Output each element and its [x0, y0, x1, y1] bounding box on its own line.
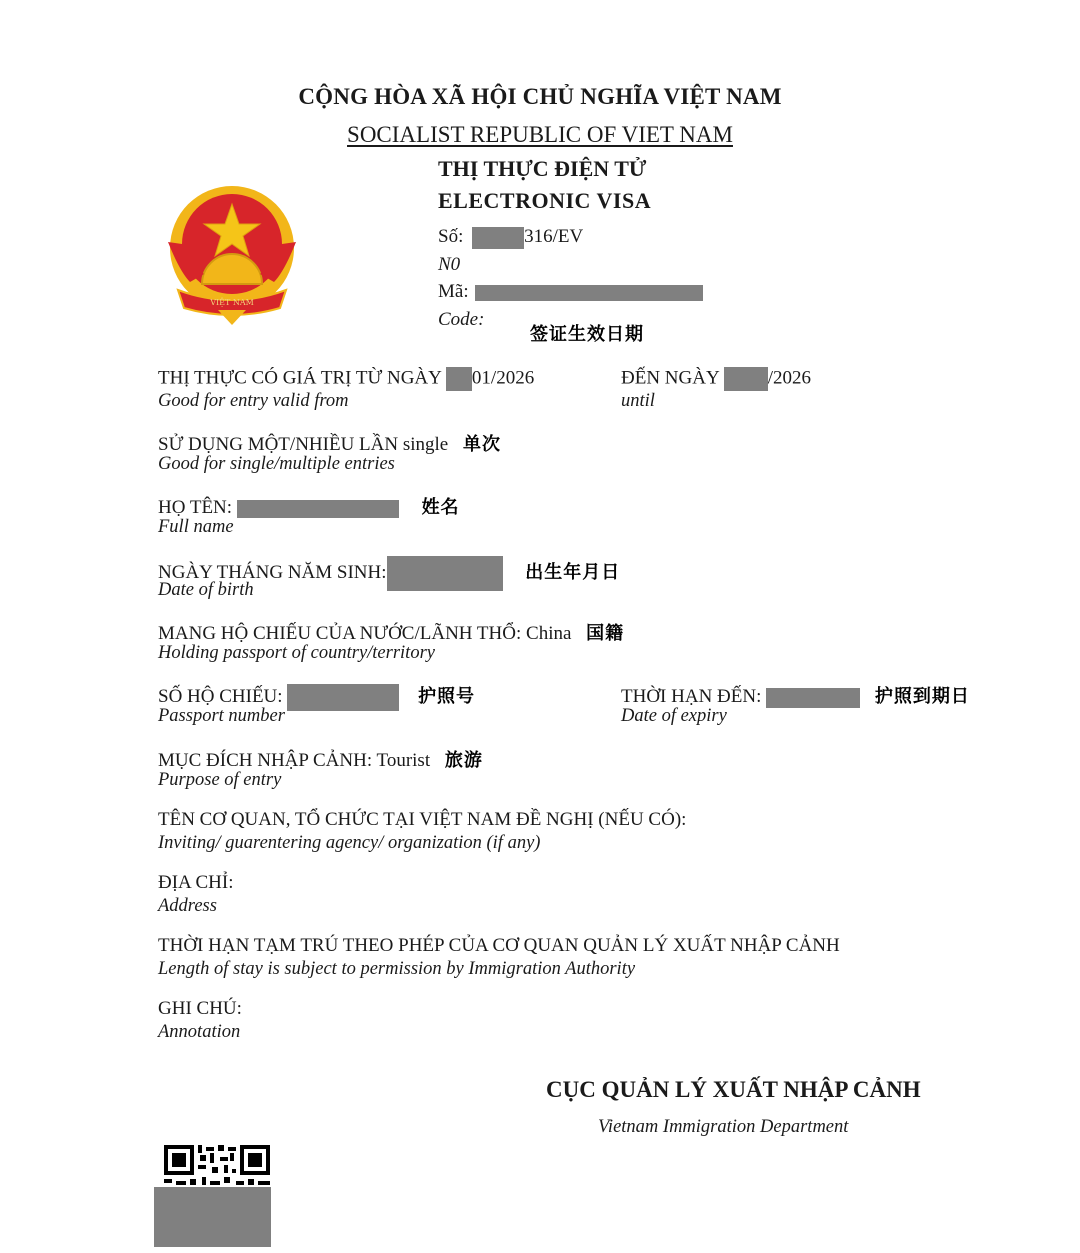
national-emblem-icon: VIỆT NAM: [160, 182, 305, 327]
redacted-block: [475, 285, 703, 301]
department-name-en: Vietnam Immigration Department: [598, 1117, 848, 1138]
address-label-en: Address: [158, 896, 217, 917]
full-name-label-vn: HỌ TÊN:: [158, 497, 232, 518]
redacted-block: [724, 367, 768, 391]
number-suffix: 316/EV: [524, 226, 583, 247]
dob-label-en: Date of birth: [158, 580, 254, 601]
nationality-row: MANG HỘ CHIẾU CỦA NƯỚC/LÃNH THỔ: China 国…: [158, 619, 624, 645]
expiry-zh: 护照到期日: [875, 686, 970, 707]
doc-title-vn: THỊ THỰC ĐIỆN TỬ: [438, 156, 646, 182]
full-name-label-en: Full name: [158, 517, 234, 538]
redacted-block: [472, 227, 524, 249]
doc-title-en: ELECTRONIC VISA: [438, 188, 651, 214]
purpose-value: Tourist: [377, 750, 431, 771]
nationality-value: China: [526, 623, 571, 644]
country-name-vn: CỘNG HÒA XÃ HỘI CHỦ NGHĨA VIỆT NAM: [0, 84, 1080, 110]
entries-label-vn: SỬ DỤNG MỘT/NHIỀU LẦN: [158, 434, 398, 455]
number-label-en: N0: [438, 254, 460, 276]
nationality-label-vn: MANG HỘ CHIẾU CỦA NƯỚC/LÃNH THỔ:: [158, 623, 521, 644]
purpose-label-en: Purpose of entry: [158, 770, 281, 791]
zh-annotation-validity: 签证生效日期: [530, 320, 644, 346]
stay-label-en: Length of stay is subject to permission …: [158, 959, 635, 980]
nationality-label-en: Holding passport of country/territory: [158, 643, 435, 664]
redacted-block: [154, 1187, 271, 1247]
passport-expiry-row: THỜI HẠN ĐẾN: 护照到期日: [621, 682, 970, 708]
redacted-block: [237, 500, 399, 518]
agency-label-vn: TÊN CƠ QUAN, TỔ CHỨC TẠI VIỆT NAM ĐỀ NGH…: [158, 809, 686, 831]
address-label-vn: ĐỊA CHỈ:: [158, 872, 233, 894]
annotation-label-en: Annotation: [158, 1022, 240, 1043]
until-label-vn: ĐẾN NGÀY: [621, 367, 719, 388]
purpose-label-vn: MỤC ĐÍCH NHẬP CẢNH:: [158, 750, 372, 771]
passport-zh: 护照号: [418, 686, 475, 707]
country-name-en: SOCIALIST REPUBLIC OF VIET NAM: [0, 122, 1080, 148]
code-label-vn: Mã:: [438, 281, 469, 302]
redacted-block: [766, 688, 860, 708]
validity-from-value: 01/2026: [472, 367, 534, 388]
entries-value: single: [403, 434, 448, 455]
nationality-zh: 国籍: [586, 623, 624, 644]
department-name-vn: CỤC QUẢN LÝ XUẤT NHẬP CẢNH: [546, 1077, 921, 1103]
code-label-en: Code:: [438, 309, 484, 331]
validity-until-row: ĐẾN NGÀY /2026: [621, 367, 811, 391]
entries-row: SỬ DỤNG MỘT/NHIỀU LẦN single 单次: [158, 430, 501, 456]
expiry-label-vn: THỜI HẠN ĐẾN:: [621, 686, 761, 707]
redacted-block: [446, 367, 472, 391]
validity-from-row: THỊ THỰC CÓ GIÁ TRỊ TỪ NGÀY 01/2026: [158, 367, 534, 391]
qr-code-icon: [164, 1145, 270, 1191]
until-label-en: until: [621, 391, 655, 412]
validity-label-vn: THỊ THỰC CÓ GIÁ TRỊ TỪ NGÀY: [158, 367, 441, 388]
full-name-row: HỌ TÊN: 姓名: [158, 493, 460, 519]
full-name-zh: 姓名: [422, 497, 460, 518]
purpose-row: MỤC ĐÍCH NHẬP CẢNH: Tourist 旅游: [158, 746, 483, 772]
visa-number: Số: 316/EV: [438, 226, 583, 249]
emblem-text: VIỆT NAM: [209, 298, 254, 307]
until-value: /2026: [768, 367, 811, 388]
entries-zh: 单次: [463, 434, 501, 455]
redacted-block: [387, 556, 503, 591]
number-label-vn: Số:: [438, 226, 463, 247]
validity-label-en: Good for entry valid from: [158, 391, 348, 412]
dob-zh: 出生年月日: [525, 562, 620, 583]
visa-code: Mã:: [438, 281, 703, 303]
passport-label-vn: SỐ HỘ CHIẾU:: [158, 686, 283, 707]
agency-label-en: Inviting/ guarentering agency/ organizat…: [158, 833, 540, 854]
expiry-label-en: Date of expiry: [621, 706, 727, 727]
entries-label-en: Good for single/multiple entries: [158, 454, 395, 475]
annotation-label-vn: GHI CHÚ:: [158, 998, 242, 1020]
purpose-zh: 旅游: [445, 750, 483, 771]
redacted-block: [287, 684, 399, 711]
qr-code-bottom: [164, 1245, 270, 1249]
passport-label-en: Passport number: [158, 706, 285, 727]
stay-label-vn: THỜI HẠN TẠM TRÚ THEO PHÉP CỦA CƠ QUAN Q…: [158, 935, 840, 957]
